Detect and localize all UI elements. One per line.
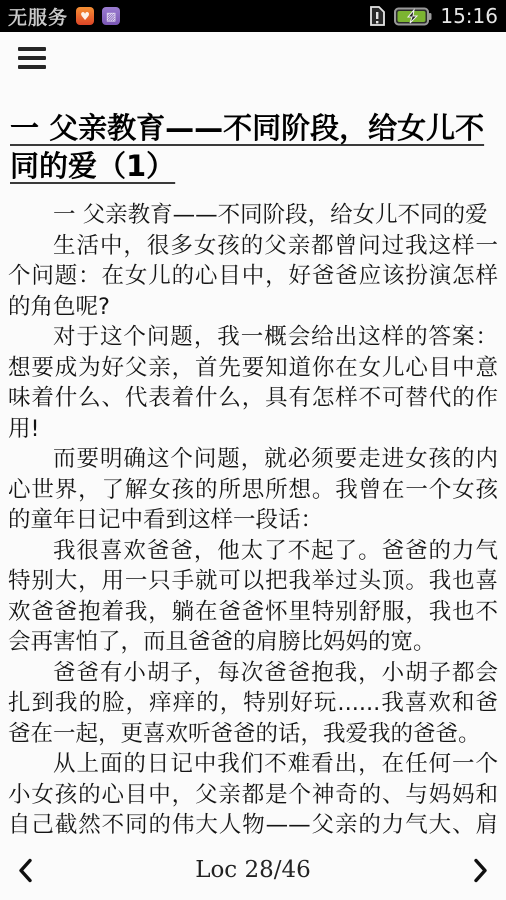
notification-icon-orange: ♥	[76, 7, 94, 25]
battery-charging-icon	[394, 7, 432, 26]
chapter-body: 一 父亲教育——不同阶段，给女儿不同的爱 生活中，很多女孩的父亲都曾问过我这样一…	[8, 200, 498, 871]
heart-icon: ♥	[80, 11, 90, 22]
clock: 15:16	[440, 4, 498, 28]
location-indicator: Loc 28/46	[0, 857, 506, 883]
phone-screen: 无服务 ♥ ▨	[0, 0, 506, 900]
paragraph: 而要明确这个问题，就必须要走进女孩的内心世界，了解女孩的所思所想。我曾在一个女孩…	[8, 444, 498, 536]
next-page-button[interactable]	[469, 854, 492, 887]
status-bar-left: 无服务 ♥ ▨	[8, 3, 120, 30]
menu-bar	[18, 47, 46, 51]
carrier-label: 无服务	[8, 3, 68, 30]
menu-icon[interactable]	[18, 47, 48, 69]
paragraph: 一 父亲教育——不同阶段，给女儿不同的爱	[8, 200, 498, 231]
paragraph: 对于这个问题，我一概会给出这样的答案：想要成为好父亲，首先要知道你在女儿心目中意…	[8, 322, 498, 444]
status-bar: 无服务 ♥ ▨	[0, 0, 506, 32]
reader-page: 一 父亲教育——不同阶段，给女儿不同的爱（1） 一 父亲教育——不同阶段，给女儿…	[0, 47, 506, 871]
pager-bar: Loc 28/46	[0, 840, 506, 900]
paragraph: 我很喜欢爸爸，他太了不起了。爸爸的力气特别大，用一只手就可以把我举过头顶。我也喜…	[8, 536, 498, 658]
paragraph: 爸爸有小胡子，每次爸爸抱我，小胡子都会扎到我的脸，痒痒的，特别好玩......我…	[8, 658, 498, 750]
chapter-title: 一 父亲教育——不同阶段，给女儿不同的爱（1）	[10, 109, 496, 185]
chevron-right-icon	[473, 858, 488, 883]
menu-bar	[18, 56, 46, 60]
menu-bar	[18, 65, 46, 69]
paragraph: 生活中，很多女孩的父亲都曾问过我这样一个问题：在女儿的心目中，好爸爸应该扮演怎样…	[8, 231, 498, 323]
notification-icon-purple: ▨	[102, 7, 120, 25]
chevron-left-icon	[18, 858, 33, 883]
app-glyph-icon: ▨	[106, 11, 116, 22]
sim-alert-icon	[368, 5, 386, 27]
prev-page-button[interactable]	[14, 854, 37, 887]
status-bar-right: 15:16	[368, 4, 498, 28]
